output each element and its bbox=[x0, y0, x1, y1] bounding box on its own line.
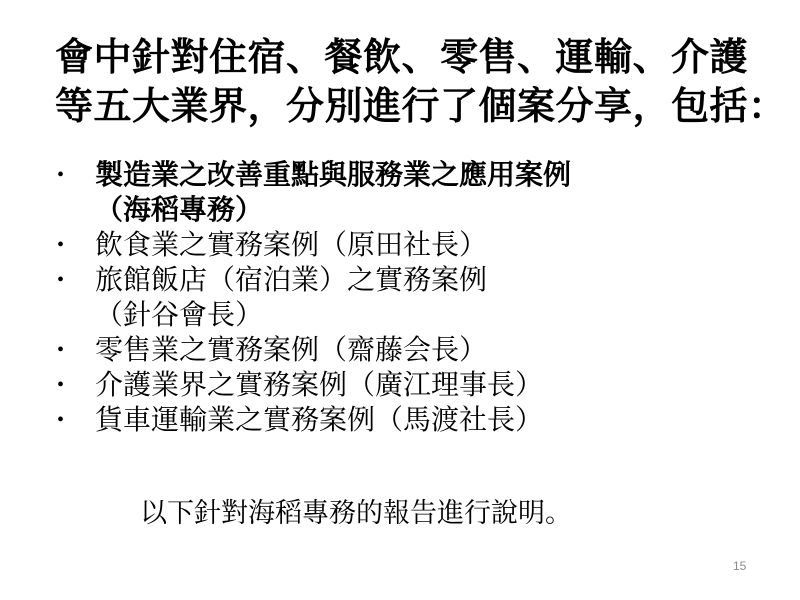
bullet-line: 飲食業之實務案例（原田社長） bbox=[95, 228, 757, 263]
bullet-list: • 製造業之改善重點與服務業之應用案例 （海稻專務） • 飲食業之實務案例（原田… bbox=[57, 158, 757, 438]
bullet-line: 旅館飯店（宿泊業）之實務案例 bbox=[95, 263, 757, 298]
bullet-line: （海稻專務） bbox=[95, 193, 757, 228]
bullet-text: 介護業界之實務案例（廣江理事長） bbox=[95, 368, 757, 403]
bullet-text: 製造業之改善重點與服務業之應用案例 （海稻專務） bbox=[95, 158, 757, 228]
list-item: • 製造業之改善重點與服務業之應用案例 （海稻專務） bbox=[57, 158, 757, 228]
page-number: 15 bbox=[733, 559, 746, 573]
bullet-line: 介護業界之實務案例（廣江理事長） bbox=[95, 368, 757, 403]
bullet-text: 零售業之實務案例（齋藤会長） bbox=[95, 333, 757, 368]
title-line: 等五大業界，分別進行了個案分享，包括： bbox=[55, 83, 765, 132]
bullet-text: 飲食業之實務案例（原田社長） bbox=[95, 228, 757, 263]
list-item: • 零售業之實務案例（齋藤会長） bbox=[57, 333, 757, 368]
bullet-text: 旅館飯店（宿泊業）之實務案例 （針谷會長） bbox=[95, 263, 757, 333]
title-line: 會中針對住宿、餐飲、零售、運輸、介護 bbox=[55, 34, 765, 83]
bullet-icon: • bbox=[57, 158, 95, 193]
closing-statement: 以下針對海稻專務的報告進行說明。 bbox=[140, 496, 572, 530]
bullet-line: （針谷會長） bbox=[95, 298, 757, 333]
bullet-line: 製造業之改善重點與服務業之應用案例 bbox=[95, 158, 757, 193]
list-item: • 飲食業之實務案例（原田社長） bbox=[57, 228, 757, 263]
list-item: • 旅館飯店（宿泊業）之實務案例 （針谷會長） bbox=[57, 263, 757, 333]
bullet-text: 貨車運輸業之實務案例（馬渡社長） bbox=[95, 403, 757, 438]
bullet-line: 貨車運輸業之實務案例（馬渡社長） bbox=[95, 403, 757, 438]
bullet-icon: • bbox=[57, 368, 95, 403]
bullet-line: 零售業之實務案例（齋藤会長） bbox=[95, 333, 757, 368]
list-item: • 貨車運輸業之實務案例（馬渡社長） bbox=[57, 403, 757, 438]
bullet-icon: • bbox=[57, 228, 95, 263]
slide: 會中針對住宿、餐飲、零售、運輸、介護 等五大業界，分別進行了個案分享，包括： •… bbox=[0, 0, 800, 600]
list-item: • 介護業界之實務案例（廣江理事長） bbox=[57, 368, 757, 403]
slide-title: 會中針對住宿、餐飲、零售、運輸、介護 等五大業界，分別進行了個案分享，包括： bbox=[55, 34, 765, 132]
bullet-icon: • bbox=[57, 403, 95, 438]
bullet-icon: • bbox=[57, 263, 95, 298]
bullet-icon: • bbox=[57, 333, 95, 368]
